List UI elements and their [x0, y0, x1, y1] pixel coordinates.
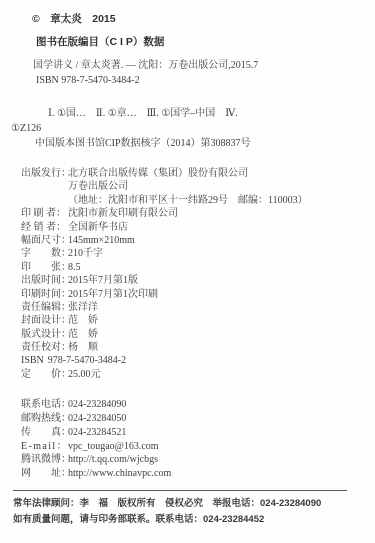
detail-label: 责任编辑：	[21, 301, 68, 314]
detail-value: 25.00元	[68, 368, 101, 381]
detail-label: 责任校对：	[21, 341, 68, 354]
detail-row-printer: 印 刷 者： 沈阳市新友印刷有限公司	[21, 207, 361, 220]
legal-notice: 常年法律顾问：李 福 版权所有 侵权必究 举报电话：024-23284090 如…	[13, 490, 347, 528]
contact-label: 邮购热线：	[21, 412, 68, 426]
detail-value: 8.5	[68, 261, 81, 274]
publication-details: 出版发行： 北方联合出版传媒（集团）股份有限公司 万卷出版公司 （地址：沈阳市和…	[21, 167, 361, 381]
detail-value: 范 娇	[68, 314, 98, 327]
contact-value: 024-23284050	[68, 412, 126, 426]
cip-isbn: ISBN 978-7-5470-3484-2	[36, 73, 361, 88]
detail-row-publisher-cont: 万卷出版公司	[21, 180, 361, 193]
detail-row-proofreader: 责任校对： 杨 顺	[21, 341, 361, 354]
detail-value: 北方联合出版传媒（集团）股份有限公司	[68, 167, 248, 180]
cip-registration: 中国版本图书馆CIP数据核字（2014）第308837号	[35, 136, 361, 151]
detail-value: 张洋洋	[68, 301, 98, 314]
copyright-notice: © 章太炎 2015	[32, 12, 361, 26]
contact-label: 联系电话：	[21, 398, 68, 412]
cip-heading: 图书在版编目（C I P）数据	[36, 35, 361, 50]
contact-label: 传 真：	[21, 426, 68, 440]
detail-value: 杨 顺	[68, 341, 98, 354]
contact-value: 024-23284090	[68, 398, 126, 412]
detail-row-sheets: 印 张： 8.5	[21, 261, 361, 274]
cip-class-code: ①Z126	[11, 121, 361, 136]
contact-row-phone: 联系电话： 024-23284090	[21, 398, 361, 412]
detail-label: 幅面尺寸：	[21, 234, 68, 247]
detail-label: 印刷时间：	[21, 288, 68, 301]
legal-line-2: 如有质量问题，请与印务部联系。联系电话：024-23284452	[13, 512, 347, 528]
detail-value: 2015年7月第1版	[68, 274, 138, 287]
detail-value: 全国新华书店	[68, 221, 128, 234]
contact-row-weibo: 腾讯微博： http://t.qq.com/wjcbgs	[21, 453, 361, 467]
detail-value: 范 娇	[68, 328, 98, 341]
detail-value: 沈阳市新友印刷有限公司	[68, 207, 178, 220]
detail-label: 出版发行：	[21, 167, 68, 180]
detail-label: 出版时间：	[21, 274, 68, 287]
contact-details: 联系电话： 024-23284090 邮购热线： 024-23284050 传 …	[21, 398, 361, 481]
detail-row-distributor: 经 销 者： 全国新华书店	[21, 221, 361, 234]
contact-row-email: E-mail： vpc_tougao@163.com	[21, 440, 361, 454]
detail-label: 印 张：	[21, 261, 68, 274]
detail-row-pub-date: 出版时间： 2015年7月第1版	[21, 274, 361, 287]
detail-row-address: （地址：沈阳市和平区十一纬路29号 邮编：110003）	[21, 194, 361, 207]
detail-value: （地址：沈阳市和平区十一纬路29号 邮编：110003）	[68, 194, 308, 207]
detail-row-print-date: 印刷时间： 2015年7月第1次印刷	[21, 288, 361, 301]
detail-value: 2015年7月第1次印刷	[68, 288, 158, 301]
detail-label: 版式设计：	[21, 328, 68, 341]
detail-row-cover-design: 封面设计： 范 娇	[21, 314, 361, 327]
contact-label: E-mail：	[21, 440, 68, 454]
detail-label: 经 销 者：	[21, 221, 68, 234]
detail-row-layout-design: 版式设计： 范 娇	[21, 328, 361, 341]
contact-value: vpc_tougao@163.com	[68, 440, 159, 454]
contact-row-website: 网 址： http://www.chinavpc.com	[21, 467, 361, 481]
detail-value: 210千字	[68, 247, 103, 260]
copyright-page: © 章太炎 2015 图书在版编目（C I P）数据 国学讲义 / 章太炎著. …	[0, 0, 375, 543]
detail-value: 万卷出版公司	[68, 180, 128, 193]
cip-entry: 国学讲义 / 章太炎著. — 沈阳：万卷出版公司,2015.7	[33, 58, 361, 73]
detail-row-isbn: ISBN 978-7-5470-3484-2	[21, 354, 361, 367]
detail-row-editor: 责任编辑： 张洋洋	[21, 301, 361, 314]
contact-row-mail-order: 邮购热线： 024-23284050	[21, 412, 361, 426]
detail-row-price: 定 价： 25.00元	[21, 368, 361, 381]
contact-row-fax: 传 真： 024-23284521	[21, 426, 361, 440]
contact-label: 网 址：	[21, 467, 68, 481]
contact-value: http://t.qq.com/wjcbgs	[68, 453, 158, 467]
detail-label: 定 价：	[21, 368, 68, 381]
detail-label: 字 数：	[21, 247, 68, 260]
cip-classification: Ⅰ. ①国… Ⅱ. ①章… Ⅲ. ①国学–中国 Ⅳ.	[48, 106, 361, 121]
contact-label: 腾讯微博：	[21, 453, 68, 467]
detail-value: 145mm×210mm	[68, 234, 135, 247]
legal-line-1: 常年法律顾问：李 福 版权所有 侵权必究 举报电话：024-23284090	[13, 496, 347, 512]
contact-value: 024-23284521	[68, 426, 126, 440]
detail-row-size: 幅面尺寸： 145mm×210mm	[21, 234, 361, 247]
detail-row-publisher: 出版发行： 北方联合出版传媒（集团）股份有限公司	[21, 167, 361, 180]
detail-value: 978-7-5470-3484-2	[48, 354, 126, 367]
detail-label: ISBN	[21, 354, 44, 367]
detail-row-word-count: 字 数： 210千字	[21, 247, 361, 260]
detail-label: 封面设计：	[21, 314, 68, 327]
contact-value: http://www.chinavpc.com	[68, 467, 171, 481]
detail-label: 印 刷 者：	[21, 207, 68, 220]
